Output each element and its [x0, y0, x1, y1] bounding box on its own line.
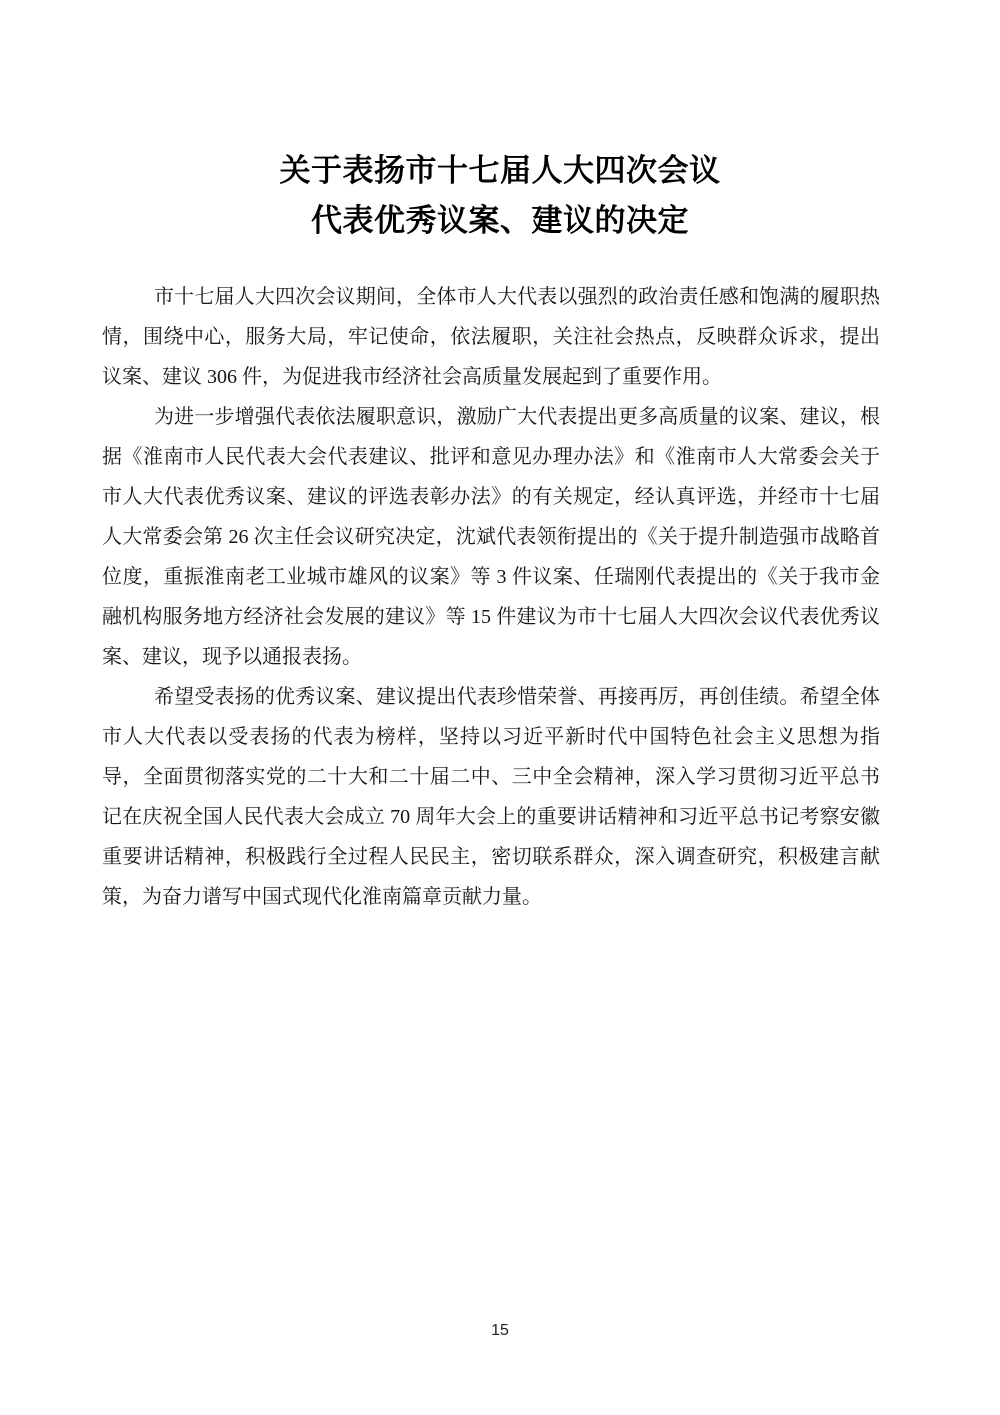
paragraph-2: 为进一步增强代表依法履职意识，激励广大代表提出更多高质量的议案、建议，根据《淮南… — [102, 397, 880, 677]
document-title: 关于表扬市十七届人大四次会议 代表优秀议案、建议的决定 — [0, 146, 1000, 246]
document-page: 关于表扬市十七届人大四次会议 代表优秀议案、建议的决定 市十七届人大四次会议期间… — [0, 0, 1000, 1415]
page-number: 15 — [0, 1322, 1000, 1340]
document-body: 市十七届人大四次会议期间，全体市人大代表以强烈的政治责任感和饱满的履职热情，围绕… — [102, 277, 880, 917]
title-line-1: 关于表扬市十七届人大四次会议 — [0, 146, 1000, 196]
paragraph-1: 市十七届人大四次会议期间，全体市人大代表以强烈的政治责任感和饱满的履职热情，围绕… — [102, 277, 880, 397]
title-line-2: 代表优秀议案、建议的决定 — [0, 196, 1000, 246]
paragraph-3: 希望受表扬的优秀议案、建议提出代表珍惜荣誉、再接再厉，再创佳绩。希望全体市人大代… — [102, 677, 880, 917]
